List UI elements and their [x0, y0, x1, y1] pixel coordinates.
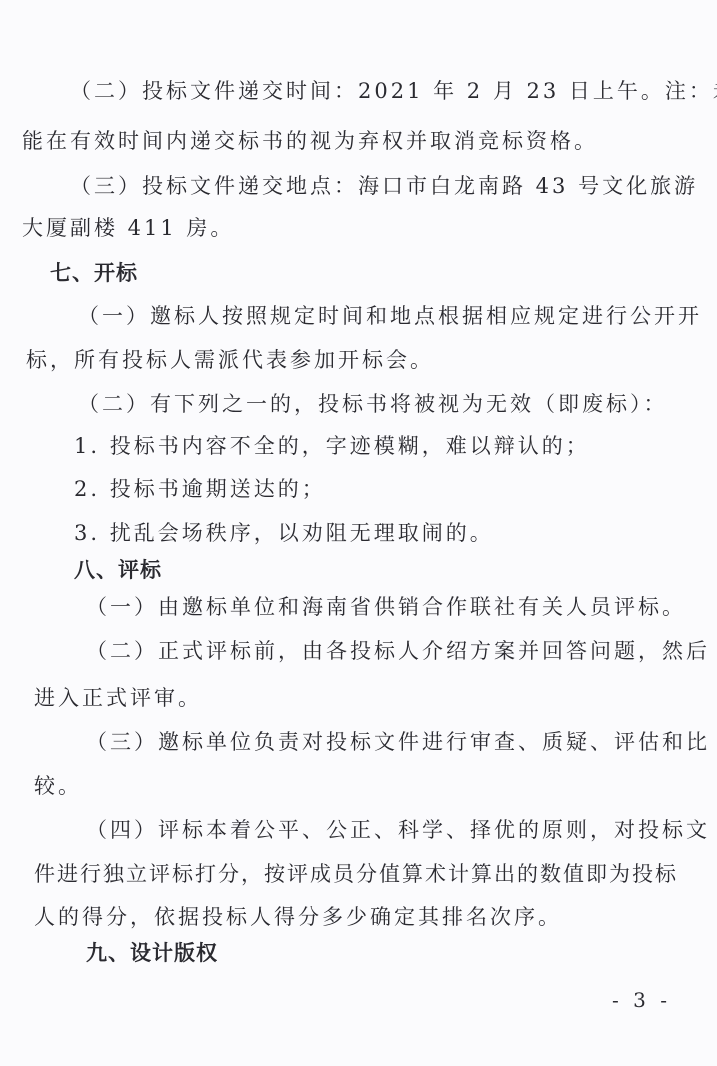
paragraph-line: （二）有下列之一的，投标书将被视为无效（即废标）： [78, 389, 668, 419]
paragraph-line: （一）邀标人按照规定时间和地点根据相应规定进行公开开 [78, 301, 702, 331]
list-item: 2. 投标书逾期送达的； [74, 474, 326, 504]
list-item: 1. 投标书内容不全的，字迹模糊，难以辩认的； [74, 431, 590, 461]
paragraph-line: 件进行独立评标打分，按评成员分值算术计算出的数值即为投标 [34, 859, 678, 889]
paragraph-line: 人的得分，依据投标人得分多少确定其排名次序。 [34, 902, 562, 932]
section-heading-8: 八、评标 [74, 555, 162, 585]
paragraph-line: 能在有效时间内递交标书的视为弃权并取消竞标资格。 [22, 126, 598, 156]
document-page: （二）投标文件递交时间：2021 年 2 月 23 日上午。注：未 能在有效时间… [0, 0, 717, 1066]
paragraph-line: 大厦副楼 411 房。 [22, 213, 234, 243]
section-heading-9: 九、设计版权 [86, 938, 218, 968]
paragraph-line: （三）邀标单位负责对投标文件进行审查、质疑、评估和比 [86, 727, 710, 757]
paragraph-line: （二）投标文件递交时间：2021 年 2 月 23 日上午。注：未 [70, 76, 717, 106]
list-item: 3. 扰乱会场秩序，以劝阻无理取闹的。 [74, 518, 494, 548]
section-heading-7: 七、开标 [50, 258, 138, 288]
paragraph-line: （三）投标文件递交地点：海口市白龙南路 43 号文化旅游 [70, 171, 698, 201]
paragraph-line: 较。 [34, 771, 82, 801]
paragraph-line: （四）评标本着公平、公正、科学、择优的原则，对投标文 [86, 815, 710, 845]
paragraph-line: （二）正式评标前，由各投标人介绍方案并回答问题，然后 [86, 636, 710, 666]
paragraph-line: 进入正式评审。 [34, 683, 202, 713]
paragraph-line: 标，所有投标人需派代表参加开标会。 [26, 345, 434, 375]
page-number: - 3 - [612, 988, 671, 1012]
paragraph-line: （一）由邀标单位和海南省供销合作联社有关人员评标。 [86, 592, 686, 622]
